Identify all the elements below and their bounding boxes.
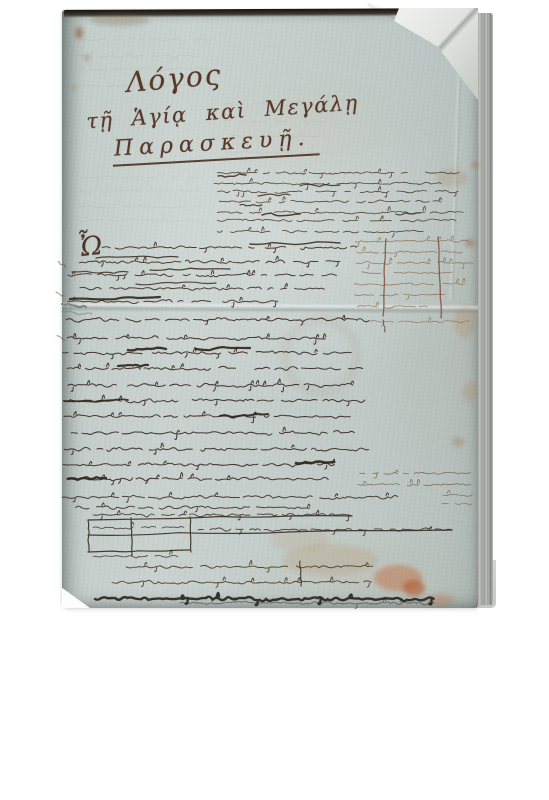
paragraph-initial-omega: Ὦ [76, 231, 103, 263]
scanned-manuscript-document: Λόγος τῇ Ἁγίᾳ καὶ Μεγάλῃ Παρασκευῇ. Ὦ [0, 0, 549, 800]
page-stack-edge [478, 13, 493, 605]
